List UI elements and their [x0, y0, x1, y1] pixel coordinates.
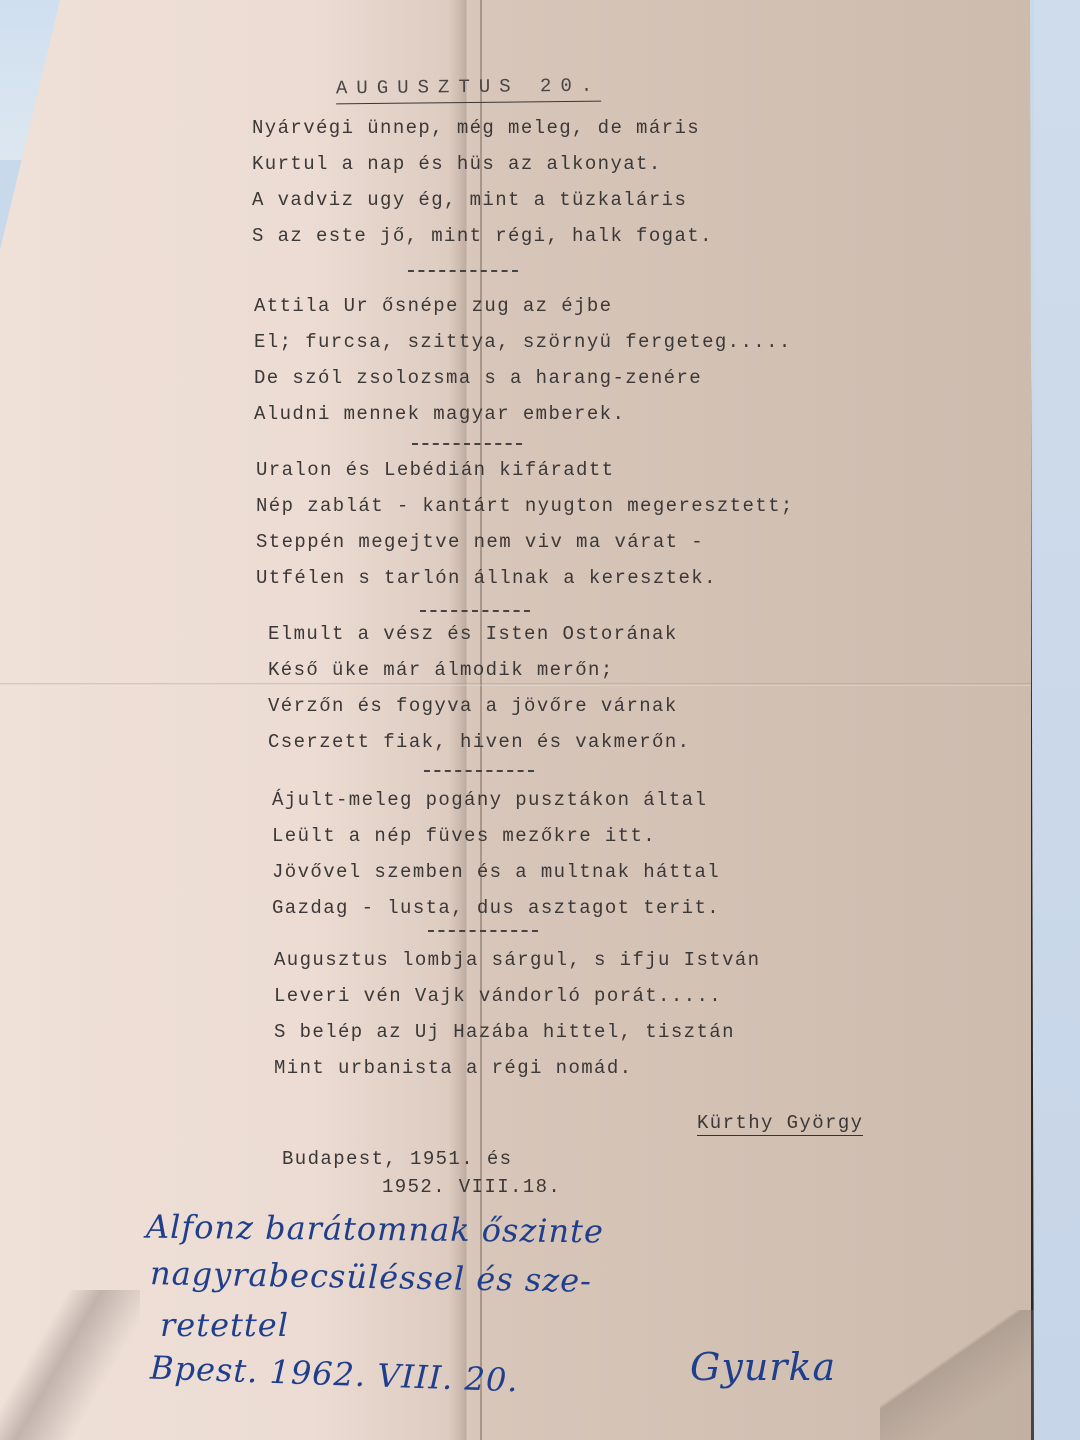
stanza-separator [408, 270, 518, 272]
author-signature: Kürthy György [697, 1112, 863, 1136]
stanza-separator [420, 610, 530, 612]
stanza: Attila Ur ősnépe zug az éjbeEl; furcsa, … [254, 288, 792, 432]
poem-line: Vérzőn és fogyva a jövőre várnak [268, 688, 690, 724]
poem-line: Utfélen s tarlón állnak a keresztek. [256, 560, 794, 596]
place-date: Budapest, 1951. és 1952. VIII.18. [282, 1145, 561, 1201]
poem-line: Jövővel szemben és a multnak háttal [272, 854, 720, 890]
poem-line: Attila Ur ősnépe zug az éjbe [254, 288, 792, 324]
background-right [1034, 0, 1080, 1440]
fold-shadow [0, 1290, 140, 1440]
poem-line: Késő üke már álmodik merőn; [268, 652, 690, 688]
poem-line: Ájult-meleg pogány pusztákon által [272, 782, 720, 818]
poem-line: De szól zsolozsma s a harang-zenére [254, 360, 792, 396]
stanza: Augusztus lombja sárgul, s ifju IstvánLe… [274, 942, 760, 1086]
handwritten-date: Bpest. 1962. VIII. 20. [149, 1349, 519, 1400]
poem-line: Cserzett fiak, hiven és vakmerőn. [268, 724, 690, 760]
poem-line: Elmult a vész és Isten Ostorának [268, 616, 690, 652]
poem-line: Aludni mennek magyar emberek. [254, 396, 792, 432]
poem-line: Mint urbanista a régi nomád. [274, 1050, 760, 1086]
poem-title: AUGUSZTUS 20. [336, 75, 602, 105]
poem-line: El; furcsa, szittya, szörnyü fergeteg...… [254, 324, 792, 360]
paper-sheet: AUGUSZTUS 20. Nyárvégi ünnep, még meleg,… [0, 0, 1034, 1440]
stanza: Uralon és Lebédián kifáradttNép zablát -… [256, 452, 794, 596]
dedication-line-3: retettel [160, 1306, 289, 1344]
poem-line: Steppén megejtve nem viv ma várat - [256, 524, 794, 560]
poem-line: Leült a nép füves mezőkre itt. [272, 818, 720, 854]
stanza: Elmult a vész és Isten OstoránakKéső üke… [268, 616, 690, 760]
poem-line: Kurtul a nap és hüs az alkonyat. [252, 146, 713, 182]
place-date-line-1: Budapest, 1951. és [282, 1145, 561, 1173]
stanza-separator [424, 770, 534, 772]
place-date-line-2: 1952. VIII.18. [282, 1173, 561, 1201]
poem-line: S belép az Uj Hazába hittel, tisztán [274, 1014, 760, 1050]
stanza-separator [428, 930, 538, 932]
stanza: Ájult-meleg pogány pusztákon általLeült … [272, 782, 720, 926]
poem-line: Nyárvégi ünnep, még meleg, de máris [252, 110, 713, 146]
dedication-line-2: nagyrabecsüléssel és sze- [150, 1254, 593, 1300]
poem-line: A vadviz ugy ég, mint a tüzkaláris [252, 182, 713, 218]
poem-line: Leveri vén Vajk vándorló porát..... [274, 978, 760, 1014]
folded-corner [880, 1310, 1034, 1440]
poem-line: S az este jő, mint régi, halk fogat. [252, 218, 713, 254]
stanza-separator [412, 443, 522, 445]
stanza: Nyárvégi ünnep, még meleg, de márisKurtu… [252, 110, 713, 254]
handwritten-signature: Gyurka [690, 1345, 836, 1389]
poem-line: Uralon és Lebédián kifáradtt [256, 452, 794, 488]
poem-line: Nép zablát - kantárt nyugton megeresztet… [256, 488, 794, 524]
poem-line: Gazdag - lusta, dus asztagot terit. [272, 890, 720, 926]
poem-line: Augusztus lombja sárgul, s ifju István [274, 942, 760, 978]
dedication-line-1: Alfonz barátomnak őszinte [146, 1208, 604, 1251]
